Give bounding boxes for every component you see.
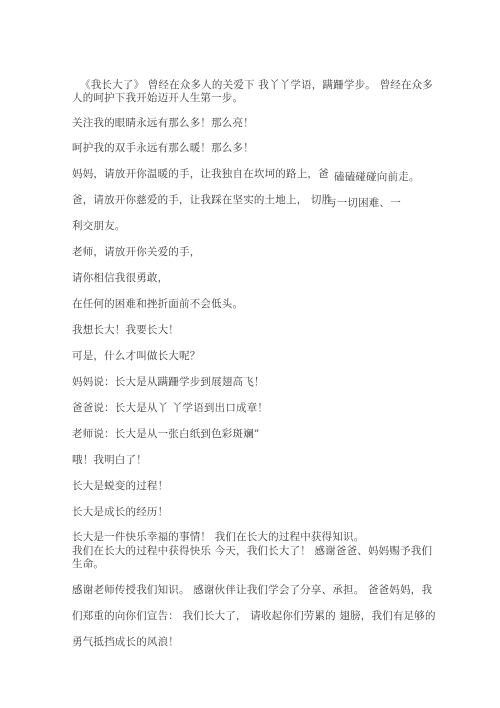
paragraph-fragment: 与一切困难、一 <box>326 197 401 210</box>
paragraph: 勇气抵挡成长的风浪！ <box>72 636 179 649</box>
paragraph: 可是，什么才叫做长大呢？ <box>72 350 200 363</box>
paragraph: 利交朋友。 <box>72 220 126 233</box>
paragraph: 爸，请放开你慈爱的手，让我踩在坚实的土地上， 切胜 <box>72 194 332 207</box>
paragraph: 感谢老师传授我们知识。 感谢伙伴让我们学会了分享、承担。 爸爸妈妈，我 <box>72 584 432 597</box>
paragraph: 在任何的困难和挫折面前不会低头。 <box>72 298 243 311</box>
paragraph: 妈妈说：长大是从蹒跚学步到展翅高飞！ <box>72 376 265 389</box>
paragraph: 我想长大！我要长大！ <box>72 324 179 337</box>
paragraph: 关注我的眼睛永远有那么多！那么亮！ <box>72 117 254 130</box>
paragraph: 们郑重的向你们宣告： 我们长大了， 请收起你们劳累的 翅膀，我们有足够的 <box>72 610 436 623</box>
paragraph: 长大是成长的经历！ <box>72 506 168 519</box>
paragraph: 哦！我明白了！ <box>72 454 147 467</box>
paragraph: 请你相信我很勇敢， <box>72 272 168 285</box>
paragraph: 长大是蜕变的过程！ <box>72 480 168 493</box>
paragraph-line: 生命。 <box>72 558 104 571</box>
paragraph: 老师说：长大是从一张白纸到色彩斑斓” <box>72 428 259 441</box>
paragraph: 爸爸说：长大是从丫 丫学语到出口成章！ <box>72 402 268 415</box>
paragraph-fragment: 磕磕碰碰向前走。 <box>334 171 420 184</box>
paragraph-line: 我们在长大的过程中获得快乐 今天，我们长大了！ 感谢爸爸、妈妈赐予我们 <box>72 545 432 558</box>
paragraph: 妈妈，请放开你温暖的手，让我独自在坎坷的路上，爸 <box>72 168 329 181</box>
paragraph-line: 长大是一件快乐幸福的事情！ 我们在长大的过程中获得知识。 <box>72 531 364 544</box>
paragraph-title-line: 《我长大了》 曾经在众多人的关爱下 我丫丫学语，蹒跚学步。 曾经在众多 <box>80 79 433 92</box>
paragraph-line: 人的呵护下我开始迈开人生第一步。 <box>72 92 243 105</box>
paragraph: 呵护我的双手永远有那么暖！那么多！ <box>72 142 254 155</box>
paragraph: 老师，请放开你关爱的手， <box>72 246 200 259</box>
